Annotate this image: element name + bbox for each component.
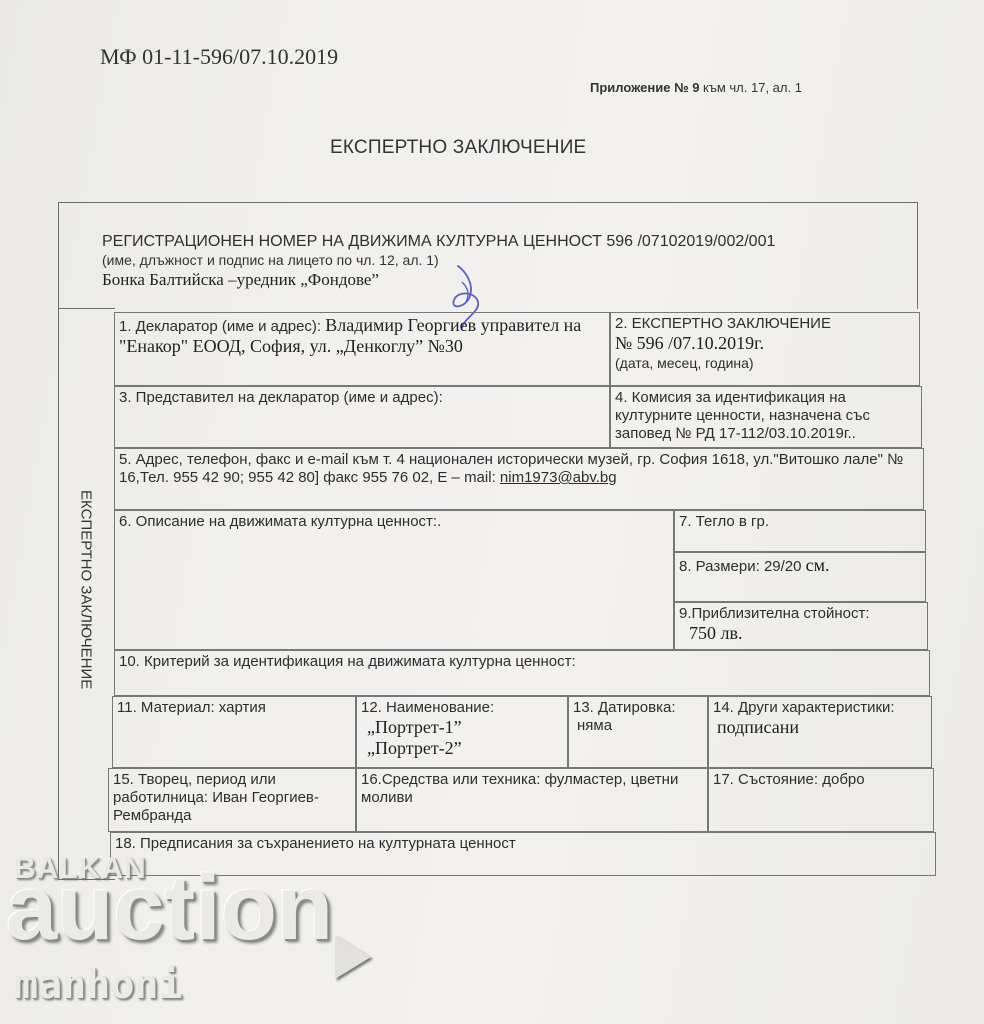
field-name-value-2: „Портрет-2” <box>361 738 563 759</box>
field-creator: 15. Творец, период или работилница: Иван… <box>108 768 356 832</box>
side-label-text: ЕКСПЕРТНО ЗАКЛЮЧЕНИЕ <box>78 490 95 689</box>
field-criteria: 10. Критерий за идентификация на движима… <box>114 650 930 696</box>
field-description: 6. Описание на движимата културна ценнос… <box>114 510 674 650</box>
watermark-username: manhoni <box>14 962 183 1008</box>
registration-signatory: Бонка Балтийска –уредник „Фондове” <box>102 270 379 290</box>
field-name-label: 12. Наименование: <box>361 699 563 717</box>
field-dating-value: няма <box>573 717 703 735</box>
reference-number: МФ 01-11-596/07.10.2019 <box>100 44 338 70</box>
field-weight: 7. Тегло в гр. <box>674 510 926 552</box>
field-dimensions-unit: см. <box>806 555 830 575</box>
field-condition: 17. Състояние: добро <box>708 768 934 832</box>
field-technique-label: 16.Средства или техника: фулмастер, цвет… <box>361 771 678 806</box>
field-representative-label: 3. Представител на декларатор (име и адр… <box>119 389 443 406</box>
field-preservation-label: 18. Предписания за съхранението на култу… <box>115 835 516 852</box>
annex-number: Приложение № 9 <box>590 80 699 95</box>
field-condition-label: 17. Състояние: добро <box>713 771 865 788</box>
field-other-label: 14. Други характеристики: <box>713 699 927 717</box>
field-commission-label: 4. Комисия за идентификация на културнит… <box>615 389 870 442</box>
watermark-auction: auction <box>6 862 333 954</box>
field-description-label: 6. Описание на движимата културна ценнос… <box>119 513 441 530</box>
field-address-contacts: 5. Адрес, телефон, факс и e-mail към т. … <box>114 448 924 510</box>
field-expert-conclusion: 2. ЕКСПЕРТНО ЗАКЛЮЧЕНИЕ № 596 /07.10.201… <box>610 312 920 386</box>
field-dimensions: 8. Размери: 29/20 см. <box>674 552 926 602</box>
email-link[interactable]: nim1973@abv.bg <box>500 469 617 486</box>
field-other-characteristics: 14. Други характеристики: подписани <box>708 696 932 768</box>
field-representative: 3. Представител на декларатор (име и адр… <box>114 386 610 448</box>
field-technique: 16.Средства или техника: фулмастер, цвет… <box>356 768 708 832</box>
registration-number: РЕГИСТРАЦИОНЕН НОМЕР НА ДВИЖИМА КУЛТУРНА… <box>102 233 775 251</box>
field-expert-conclusion-number: № 596 /07.10.2019г. <box>615 333 915 354</box>
field-name: 12. Наименование: „Портрет-1” „Портрет-2… <box>356 696 568 768</box>
side-label: ЕКСПЕРТНО ЗАКЛЮЧЕНИЕ <box>58 470 114 710</box>
field-dating-label: 13. Датировка: <box>573 699 703 717</box>
field-declarant: 1. Декларатор (име и адрес): Владимир Ге… <box>114 312 610 386</box>
annex-reference: Приложение № 9 към чл. 17, ал. 1 <box>590 80 802 95</box>
field-name-value-1: „Портрет-1” <box>361 717 563 738</box>
field-expert-conclusion-label: 2. ЕКСПЕРТНО ЗАКЛЮЧЕНИЕ <box>615 315 915 333</box>
field-other-value: подписани <box>713 717 927 738</box>
field-declarant-label: 1. Декларатор (име и адрес): <box>119 318 325 335</box>
field-creator-label: 15. Творец, период или работилница: Иван… <box>113 771 319 824</box>
document-title: ЕКСПЕРТНО ЗАКЛЮЧЕНИЕ <box>330 137 586 159</box>
annex-article: към чл. 17, ал. 1 <box>699 80 802 95</box>
field-value-label: 9.Приблизителна стойност: <box>679 605 923 623</box>
field-material-label: 11. Материал: хартия <box>117 699 266 716</box>
field-value-amount: 750 лв. <box>679 623 923 644</box>
field-commission: 4. Комисия за идентификация на културнит… <box>610 386 922 448</box>
field-expert-conclusion-note: (дата, месец, година) <box>615 354 915 372</box>
watermark-play-icon <box>335 935 371 979</box>
field-value: 9.Приблизителна стойност: 750 лв. <box>674 602 928 650</box>
field-dating: 13. Датировка: няма <box>568 696 708 768</box>
registration-signatory-label: (име, длъжност и подпис на лицето по чл.… <box>102 252 439 268</box>
field-criteria-label: 10. Критерий за идентификация на движима… <box>119 653 576 670</box>
field-weight-label: 7. Тегло в гр. <box>679 513 769 530</box>
field-material: 11. Материал: хартия <box>112 696 356 768</box>
field-dimensions-label: 8. Размери: 29/20 <box>679 558 806 575</box>
